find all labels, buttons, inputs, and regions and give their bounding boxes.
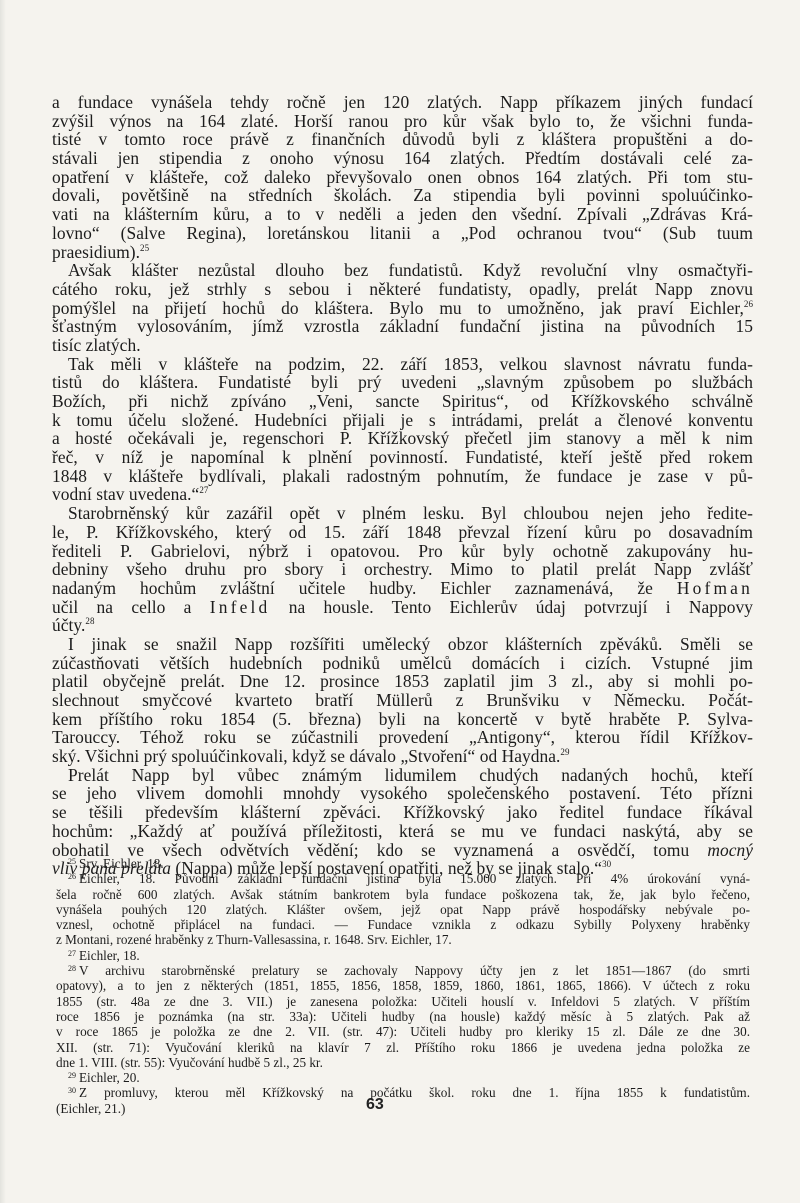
footnote-line: 29Eichler, 20. — [56, 1070, 750, 1085]
text-line: tisté v tomto roce právě z finančních dů… — [52, 130, 753, 149]
text-line: vati na klášterním kůru, a to v neděli a… — [52, 205, 753, 224]
text-line: zúčastňovati větších hudebních podniků u… — [52, 654, 753, 673]
footnote-line: v roce 1865 je položka ze dne 2. VII. (s… — [56, 1024, 750, 1039]
footnotes: 25Srv. Eichler, 18.26Eichler, 18. Původn… — [56, 856, 750, 1116]
footnote-line: roce 1856 je poznámka (na str. 33a): Uči… — [56, 1009, 750, 1024]
footnote-number: 28 — [68, 964, 76, 973]
text-line: účty.28 — [52, 616, 753, 635]
text-line: 1848 v klášteře bydlívali, plakali rados… — [52, 467, 753, 486]
footnote-line: 28V archivu starobrněnské prelatury se z… — [56, 963, 750, 978]
paragraph: Starobrněnský kůr zazářil opět v plném l… — [52, 504, 753, 635]
text-line: a hosté očekávali je, regenschori P. Kří… — [52, 429, 753, 448]
text-line: dovali, povětšině na středních školách. … — [52, 186, 753, 205]
text-line: Avšak klášter nezůstal dlouho bez fundat… — [52, 261, 753, 280]
footnote-ref: 28 — [85, 616, 94, 626]
footnote-number: 27 — [68, 949, 76, 958]
footnote-line: opatovy), a to jen z některých (1851, 18… — [56, 978, 750, 993]
footnote-line: XII. (str. 71): Vyučování kleriků na kla… — [56, 1040, 750, 1055]
text-line: hochům: „Každý ať používá příležitosti, … — [52, 822, 753, 841]
footnote: 30Z promluvy, kterou měl Křížkovský na p… — [56, 1085, 750, 1116]
spaced-name: Infeld — [210, 597, 271, 617]
text-line: řediteli P. Gabrielovi, nýbrž i opatovou… — [52, 542, 753, 561]
footnote-number: 30 — [68, 1086, 76, 1095]
footnote-ref: 29 — [560, 747, 569, 757]
footnote-line: 1855 (str. 48a ze dne 3. VII.) je zanese… — [56, 994, 750, 1009]
footnote: 27Eichler, 18. — [56, 948, 750, 963]
text-line: tistů do kláštera. Fundatisté byli prý u… — [52, 373, 753, 392]
text-line: debniny všeho druhu pro sbory i orchestr… — [52, 560, 753, 579]
spaced-name: Hofman — [677, 578, 753, 598]
text-line: Starobrněnský kůr zazářil opět v plném l… — [52, 504, 753, 523]
footnote-number: 29 — [68, 1071, 76, 1080]
footnote-number: 25 — [68, 857, 76, 866]
paragraph: Avšak klášter nezůstal dlouho bez fundat… — [52, 261, 753, 354]
footnote-ref: 26 — [744, 299, 753, 309]
footnote-ref: 25 — [140, 243, 149, 253]
page-edge — [0, 0, 6, 1203]
text-line: cátého roku, jež strhly s sebou i někter… — [52, 280, 753, 299]
footnote: 26Eichler, 18. Původní základní fundační… — [56, 871, 750, 947]
paragraph: I jinak se snažil Napp rozšířiti uměleck… — [52, 635, 753, 766]
footnote-line: vynášela pouhých 120 zlatých. Klášter ov… — [56, 902, 750, 917]
footnote-ref: 27 — [199, 485, 208, 495]
text-line: šťastným vylosováním, jímž vzrostla zákl… — [52, 317, 753, 336]
text-line: I jinak se snažil Napp rozšířiti uměleck… — [52, 635, 753, 654]
text-line: a fundace vynášela tehdy ročně jen 120 z… — [52, 93, 753, 112]
text-line: slechnout smyčcové kvarteto bratří Mülle… — [52, 691, 753, 710]
text-line: opatření v klášteře, což daleko převyšov… — [52, 168, 753, 187]
text-line: praesidium).25 — [52, 243, 753, 262]
text-line: nadaným hochům zvláštní učitele hudby. E… — [52, 579, 753, 598]
text-line: řeč, v níž je napomínal k plnění povinno… — [52, 448, 753, 467]
footnote-line: (Eichler, 21.) — [56, 1101, 750, 1116]
body-text: a fundace vynášela tehdy ročně jen 120 z… — [52, 93, 753, 878]
text-line: zvýšil výnos na 164 zlaté. Horší ranou p… — [52, 112, 753, 131]
footnote-line: z Montani, rozené hraběnky z Thurn-Valle… — [56, 932, 750, 947]
paragraph: a fundace vynášela tehdy ročně jen 120 z… — [52, 93, 753, 261]
text-line: le, P. Křížkovského, který od 15. září 1… — [52, 523, 753, 542]
text-line: Božích, při nichž zpíváno „Veni, sancte … — [52, 392, 753, 411]
footnote-line: 27Eichler, 18. — [56, 948, 750, 963]
footnote: 29Eichler, 20. — [56, 1070, 750, 1085]
text-line: Tarouccy. Téhož roku se zúčastnili prove… — [52, 728, 753, 747]
text-line: učil na cello a Infeld na housle. Tento … — [52, 598, 753, 617]
footnote-number: 26 — [68, 872, 76, 881]
footnote-line: 25Srv. Eichler, 18. — [56, 856, 750, 871]
text-line: pomýšlel na přijetí hochů do kláštera. B… — [52, 299, 753, 318]
text-line: platil obyčejně prelát. Dne 12. prosince… — [52, 672, 753, 691]
text-line: k tomu účelu složené. Hudebníci přijali … — [52, 411, 753, 430]
text-line: se jeho vlivem domohli mnohdy vysokého s… — [52, 784, 753, 803]
text-line: ský. Všichni prý spoluúčinkovali, když s… — [52, 747, 753, 766]
footnote-line: 30Z promluvy, kterou měl Křížkovský na p… — [56, 1085, 750, 1100]
text-line: kem příštího roku 1854 (5. března) byli … — [52, 710, 753, 729]
text-line: se těšili především klášterní zpěváci. K… — [52, 803, 753, 822]
paragraph: Tak měli v klášteře na podzim, 22. září … — [52, 355, 753, 505]
text-line: tisíc zlatých. — [52, 336, 753, 355]
text-line: Prelát Napp byl vůbec známým lidumilem c… — [52, 766, 753, 785]
text-line: vodní stav uvedena.“27 — [52, 485, 753, 504]
footnote-line: vznesl, ochotně připlácel na fundaci. — … — [56, 917, 750, 932]
page-number: 63 — [366, 1096, 384, 1114]
text-line: stávali jen stipendia z onoho výnosu 164… — [52, 149, 753, 168]
text-line: Tak měli v klášteře na podzim, 22. září … — [52, 355, 753, 374]
text-line: lovno“ (Salve Regina), loretánskou litan… — [52, 224, 753, 243]
footnote: 25Srv. Eichler, 18. — [56, 856, 750, 871]
footnote-line: šela ročně 600 zlatých. Avšak státním ba… — [56, 887, 750, 902]
footnote-line: 26Eichler, 18. Původní základní fundační… — [56, 871, 750, 886]
footnote-line: dne 1. VIII. (str. 55): Vyučování hudbě … — [56, 1055, 750, 1070]
footnote: 28V archivu starobrněnské prelatury se z… — [56, 963, 750, 1070]
